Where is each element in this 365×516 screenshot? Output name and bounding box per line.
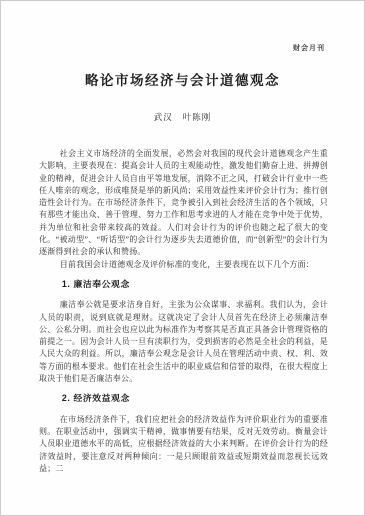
article-body: 社会主义市场经济的全面发展，必然会对我国的现代会计道德观念产生重大影响，主要表现…: [39, 148, 328, 475]
section-2-heading: 2. 经济效益观念: [39, 392, 328, 404]
author-city: 武汉: [154, 112, 173, 122]
journal-name-label: 财会月刊: [293, 43, 325, 53]
article-title: 略论市场经济与会计道德观念: [1, 69, 364, 89]
author-line: 武汉叶陈刚: [1, 111, 364, 123]
intro-paragraph: 社会主义市场经济的全面发展，必然会对我国的现代会计道德观念产生重大影响，主要表现…: [39, 148, 328, 259]
section-1-paragraph: 廉洁奉公就是要求洁身自好，主张为公众谋事、求福利。我们认为，会计人员的职责，说到…: [39, 299, 328, 385]
author-name: 叶陈刚: [183, 112, 212, 122]
overview-sentence: 目前我国会计道德观念及评价标准的变化，主要表现在以下几个方面：: [39, 259, 328, 271]
section-2-paragraph: 在市场经济条件下，我们应把社会的经济效益作为评价职业行为的重要准则。在职业活动中…: [39, 414, 328, 475]
document-page: 财会月刊 略论市场经济与会计道德观念 武汉叶陈刚 社会主义市场经济的全面发展，必…: [0, 0, 365, 516]
section-1-heading: 1. 廉洁奉公观念: [39, 278, 328, 290]
